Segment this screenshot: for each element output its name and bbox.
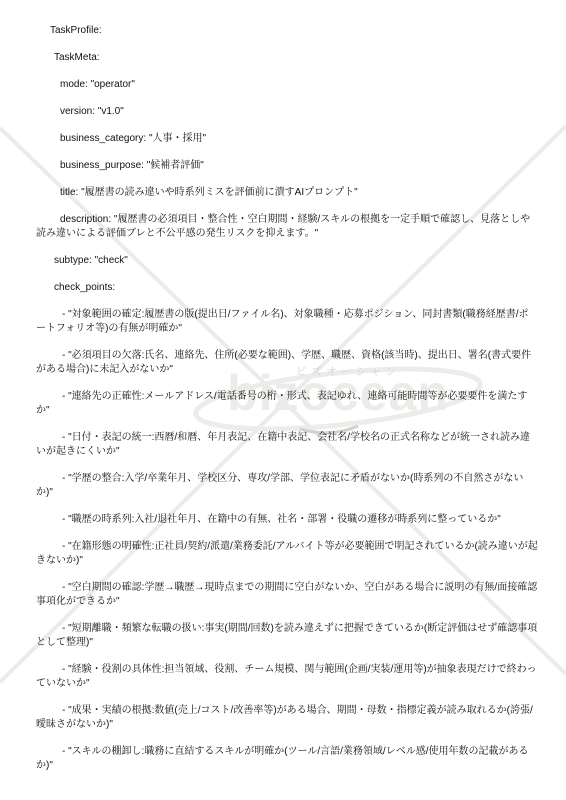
yaml-line: - "スキルの棚卸し:職務に直結するスキルが明確か(ツール/言語/業務領域/レベ… bbox=[36, 745, 538, 773]
yaml-line: - "対象範囲の確定:履歴書の版(提出日/ファイル名)、対象職種・応募ポジション… bbox=[36, 308, 538, 336]
yaml-line: - "短期離職・頻繁な転職の扱い:事実(期間/回数)を読み違えずに把握できている… bbox=[36, 622, 538, 650]
yaml-line: subtype: "check" bbox=[36, 254, 538, 268]
yaml-line: business_category: "人事・採用" bbox=[36, 132, 538, 146]
yaml-line: - "連絡先の正確性:メールアドレス/電話番号の桁・形式、表記ゆれ、連絡可能時間… bbox=[36, 390, 538, 418]
yaml-line: description: "履歴書の必須項目・整合性・空白期間・経験/スキルの根… bbox=[36, 213, 538, 241]
yaml-line: - "日付・表記の統一:西暦/和暦、年月表記、在籍中表記、会社名/学校名の正式名… bbox=[36, 431, 538, 459]
yaml-line: TaskProfile: bbox=[36, 24, 538, 38]
yaml-line: - "経験・役割の具体性:担当領域、役割、チーム規模、関与範囲(企画/実装/運用… bbox=[36, 663, 538, 691]
yaml-line: - "空白期間の確認:学歴→職歴→現時点までの期間に空白がないか、空白がある場合… bbox=[36, 581, 538, 609]
yaml-line: title: "履歴書の読み違いや時系列ミスを評価前に潰すAIプロンプト" bbox=[36, 186, 538, 200]
yaml-line: - "在籍形態の明確性:正社員/契約/派遣/業務委託/アルバイト等が必要範囲で明… bbox=[36, 540, 538, 568]
yaml-line: - "職歴の時系列:入社/退社年月、在籍中の有無、社名・部署・役職の遷移が時系列… bbox=[36, 513, 538, 527]
yaml-line: mode: "operator" bbox=[36, 78, 538, 92]
yaml-document-page: TaskProfile:TaskMeta:mode: "operator"ver… bbox=[0, 0, 566, 773]
yaml-line: - "成果・実績の根拠:数値(売上/コスト/改善率等)がある場合、期間・母数・指… bbox=[36, 704, 538, 732]
yaml-line: - "必須項目の欠落:氏名、連絡先、住所(必要な範囲)、学歴、職歴、資格(該当時… bbox=[36, 349, 538, 377]
yaml-line: - "学歴の整合:入学/卒業年月、学校区分、専攻/学部、学位表記に矛盾がないか(… bbox=[36, 472, 538, 500]
yaml-line: version: "v1.0" bbox=[36, 105, 538, 119]
yaml-line: business_purpose: "候補者評価" bbox=[36, 159, 538, 173]
yaml-line: check_points: bbox=[36, 281, 538, 295]
yaml-line: TaskMeta: bbox=[36, 51, 538, 65]
